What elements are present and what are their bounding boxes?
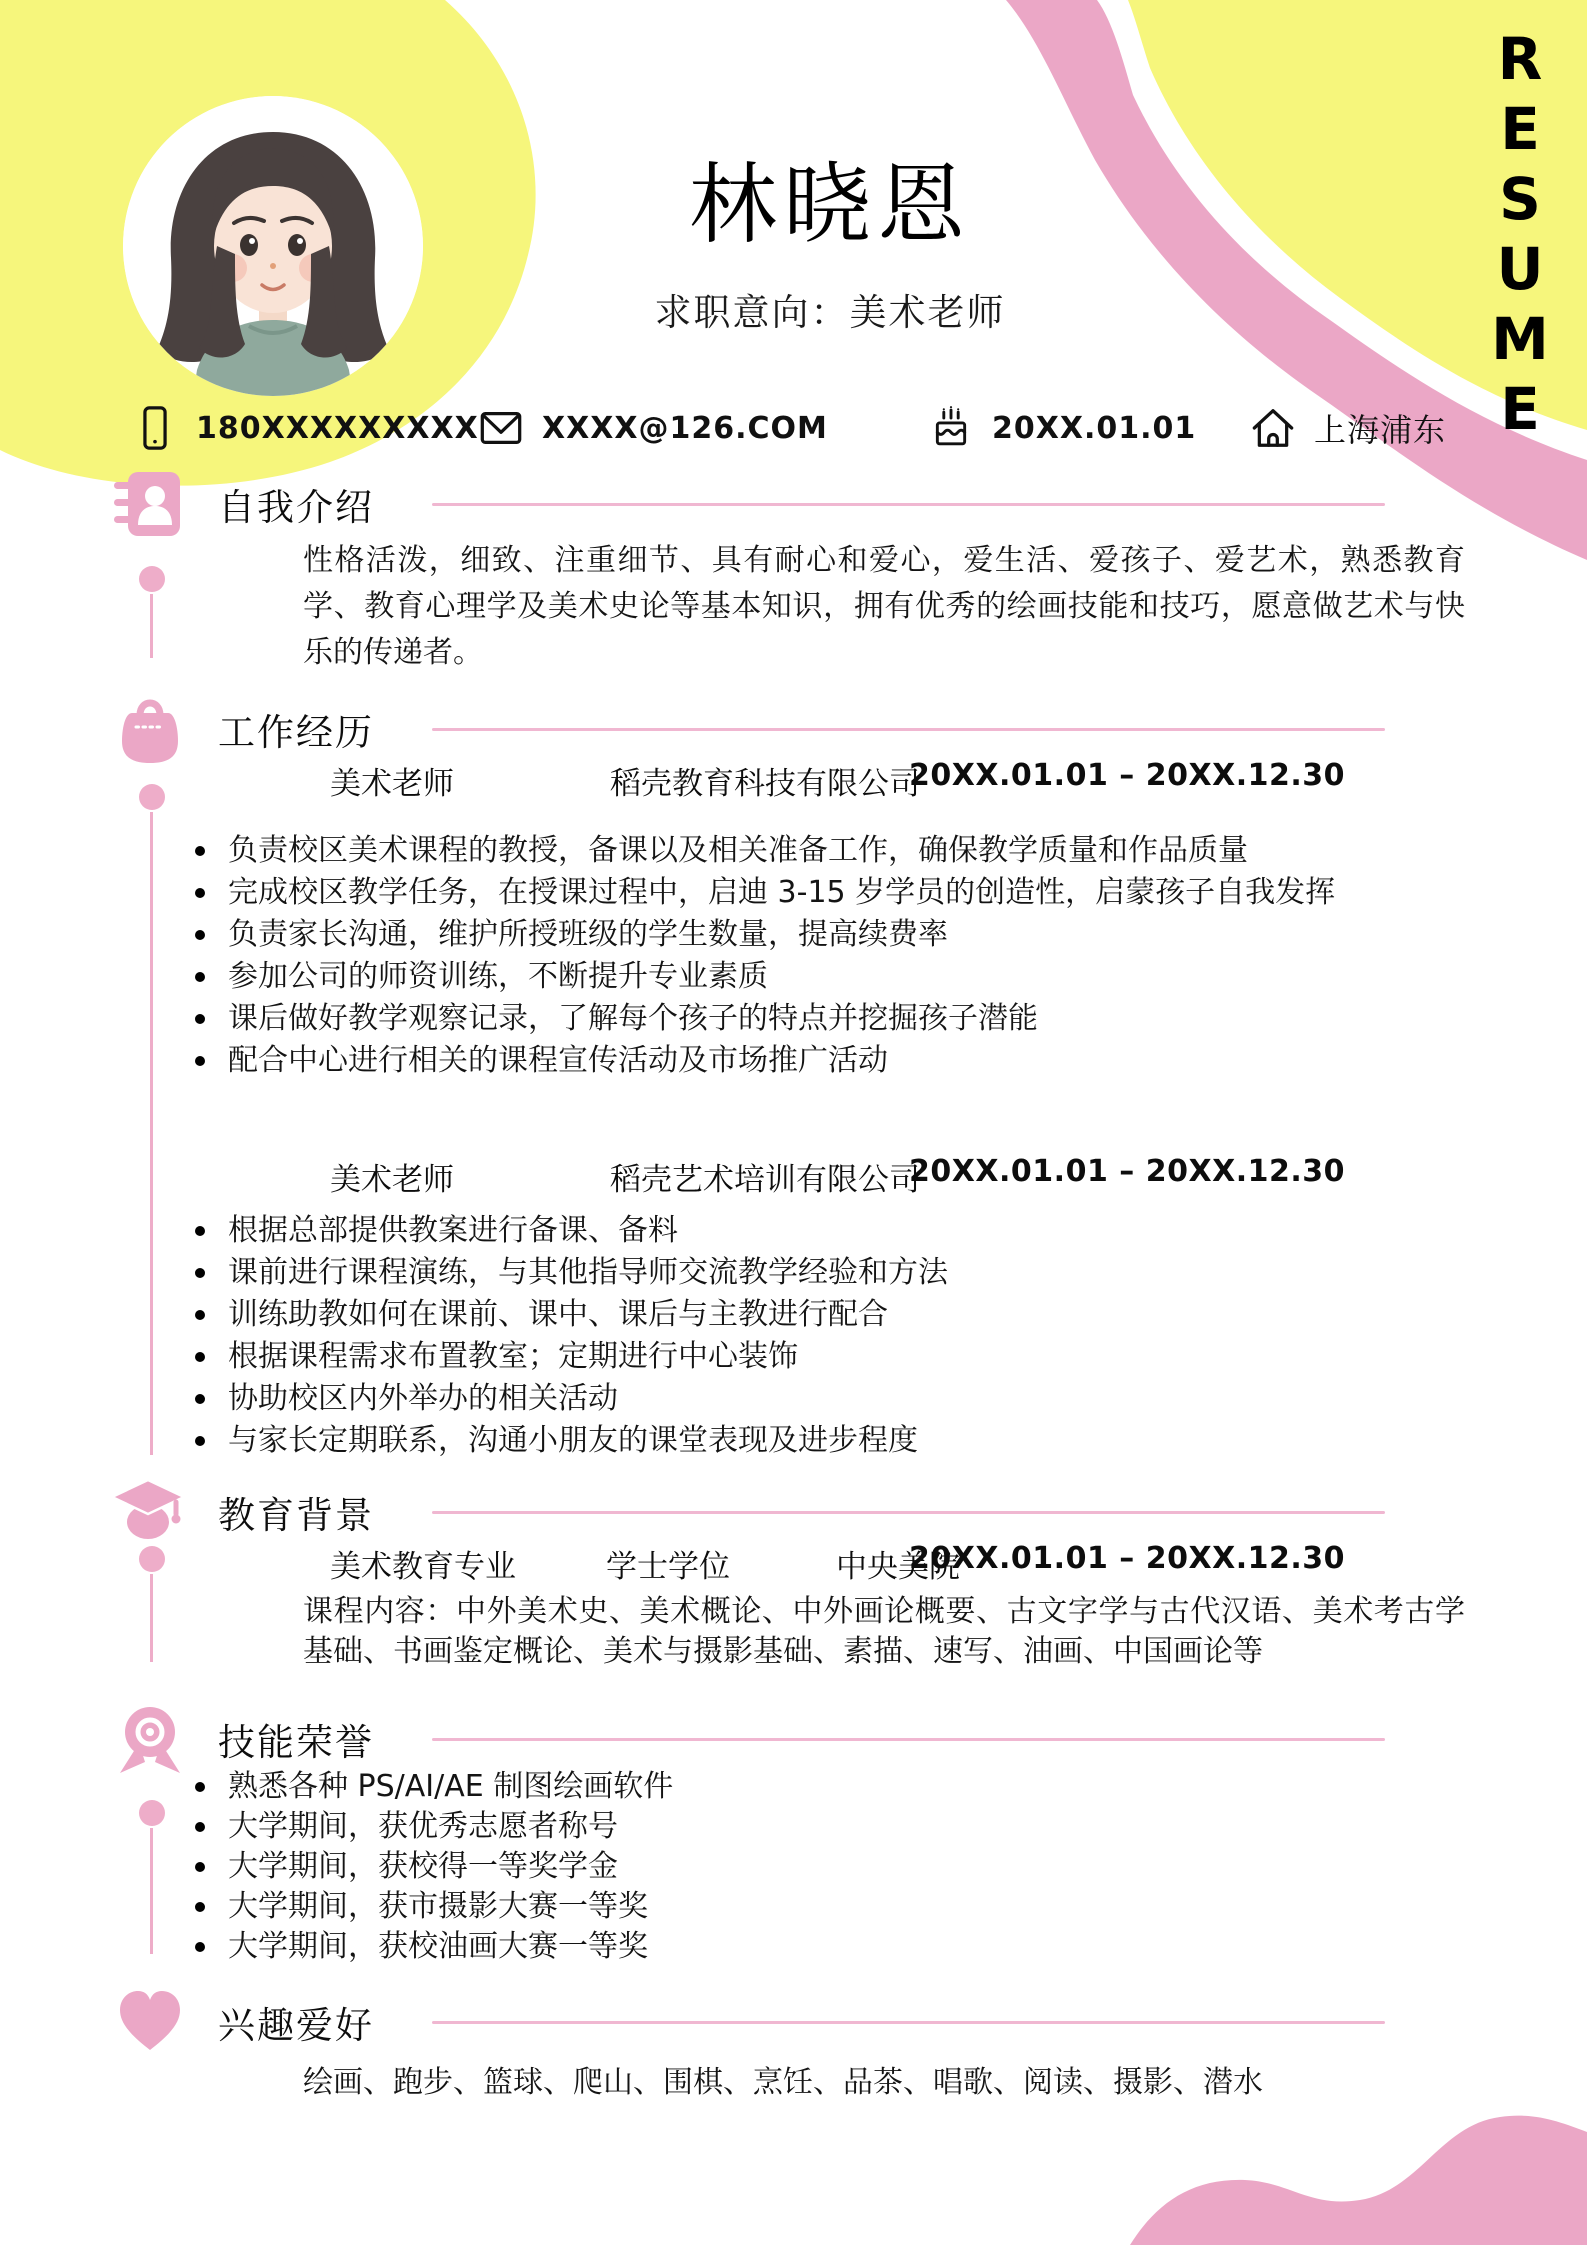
section-divider (432, 503, 1385, 506)
phone-number: 180XXXXXXXXX (196, 411, 479, 446)
section-header-hobbies: 兴趣爱好 (112, 1984, 1385, 2060)
bullet-item: 参加公司的师资训练，不断提升专业素质 (192, 958, 1464, 996)
resume-vertical-label: R E S U M E (1478, 24, 1562, 444)
job-period: 20XX.01.01 – 20XX.12.30 (909, 1154, 1345, 1189)
section-title-education: 教育背景 (218, 1485, 374, 1539)
email-address: XXXX@126.COM (542, 411, 828, 446)
bullet-item: 课后做好教学观察记录，了解每个孩子的特点并挖掘孩子潜能 (192, 1000, 1464, 1038)
resume-letter: S (1478, 164, 1562, 234)
section-header-intro: 自我介绍 (112, 466, 1385, 542)
bullet-item: 大学期间，获优秀志愿者称号 (192, 1808, 1464, 1845)
resume-letter: E (1478, 94, 1562, 164)
timeline-line (150, 594, 153, 658)
edu-major: 美术教育专业 (330, 1541, 516, 1586)
hobby-list-text: 绘画、跑步、篮球、爬山、围棋、烹饪、品茶、唱歌、阅读、摄影、潜水 (303, 2060, 1465, 2106)
job-company: 稻壳教育科技有限公司 (610, 758, 920, 803)
job-intention: 求职意向：美术老师 (430, 282, 1230, 336)
section-divider (432, 728, 1385, 731)
bullet-item: 配合中心进行相关的课程宣传活动及市场推广活动 (192, 1042, 1464, 1080)
location-value: 上海浦东 (1314, 405, 1446, 451)
section-divider (432, 2021, 1385, 2024)
timeline-dot (139, 1800, 165, 1826)
timeline-line (150, 1828, 153, 1954)
birthday-cake-icon (928, 405, 974, 451)
resume-letter: U (1478, 234, 1562, 304)
pink-blob-bottom-right (1130, 2116, 1587, 2245)
bullet-item: 大学期间，获校得一等奖学金 (192, 1848, 1464, 1885)
resume-letter: M (1478, 304, 1562, 374)
intro-paragraph: 性格活泼，细致、注重细节、具有耐心和爱心，爱生活、爱孩子、爱艺术，熟悉教育学、教… (303, 538, 1465, 676)
resume-letter: E (1478, 374, 1562, 444)
job-role: 美术老师 (330, 758, 454, 803)
section-header-education: 教育背景 (112, 1474, 1385, 1550)
edu-courses: 课程内容：中外美术史、美术概论、中外画论概要、古文字学与古代汉语、美术考古学基础… (303, 1592, 1465, 1672)
job-role: 美术老师 (330, 1154, 454, 1199)
job-row: 美术老师 稻壳艺术培训有限公司 20XX.01.01 – 20XX.12.30 (330, 1154, 1345, 1196)
graduation-cap-icon (112, 1474, 188, 1550)
job-period: 20XX.01.01 – 20XX.12.30 (909, 758, 1345, 793)
birthday-value: 20XX.01.01 (992, 411, 1196, 446)
bullet-item: 负责校区美术课程的教授，备课以及相关准备工作，确保教学质量和作品质量 (192, 832, 1464, 870)
bullet-item: 训练助教如何在课前、课中、课后与主教进行配合 (192, 1296, 1464, 1334)
candidate-name: 林晓恩 (430, 150, 1230, 260)
timeline-dot (139, 566, 165, 592)
section-title-skills: 技能荣誉 (218, 1712, 374, 1766)
address-book-icon (112, 466, 188, 542)
section-header-work: 工作经历 (112, 691, 1385, 767)
edu-degree: 学士学位 (606, 1541, 730, 1586)
bullet-item: 负责家长沟通，维护所授班级的学生数量，提高续费率 (192, 916, 1464, 954)
bullet-item: 协助校区内外举办的相关活动 (192, 1380, 1464, 1418)
timeline-dot (139, 1546, 165, 1572)
edu-period: 20XX.01.01 – 20XX.12.30 (909, 1541, 1345, 1576)
section-divider (432, 1738, 1385, 1741)
bullet-item: 课前进行课程演练，与其他指导师交流教学经验和方法 (192, 1254, 1464, 1292)
job-row: 美术老师 稻壳教育科技有限公司 20XX.01.01 – 20XX.12.30 (330, 758, 1345, 800)
contact-email: XXXX@126.COM (478, 386, 828, 470)
resume-letter: R (1478, 24, 1562, 94)
bullet-item: 熟悉各种 PS/AI/AE 制图绘画软件 (192, 1768, 1464, 1805)
contact-phone: 180XXXXXXXXX (132, 386, 479, 470)
section-header-skills: 技能荣誉 (112, 1701, 1385, 1777)
briefcase-bag-icon (112, 691, 188, 767)
job-bullet-list: 根据总部提供教案进行备课、备料课前进行课程演练，与其他指导师交流教学经验和方法训… (192, 1212, 1464, 1464)
envelope-icon (478, 405, 524, 451)
resume-page: R E S U M E (0, 0, 1587, 2245)
timeline-dot (139, 784, 165, 810)
education-row: 美术教育专业 学士学位 中央美院 20XX.01.01 – 20XX.12.30 (330, 1541, 1345, 1583)
timeline-line (150, 1574, 153, 1662)
skill-bullet-list: 熟悉各种 PS/AI/AE 制图绘画软件大学期间，获优秀志愿者称号大学期间，获校… (192, 1768, 1464, 1968)
medal-icon (112, 1701, 188, 1777)
section-title-work: 工作经历 (218, 702, 374, 756)
section-divider (432, 1511, 1385, 1514)
smartphone-icon (132, 405, 178, 451)
bullet-item: 根据总部提供教案进行备课、备料 (192, 1212, 1464, 1250)
heart-icon (112, 1984, 188, 2060)
contact-location: 上海浦东 (1250, 386, 1446, 470)
contact-birthday: 20XX.01.01 (928, 386, 1196, 470)
bullet-item: 完成校区教学任务，在授课过程中，启迪 3-15 岁学员的创造性，启蒙孩子自我发挥 (192, 874, 1464, 912)
bullet-item: 根据课程需求布置教室；定期进行中心装饰 (192, 1338, 1464, 1376)
bullet-item: 与家长定期联系，沟通小朋友的课堂表现及进步程度 (192, 1422, 1464, 1460)
job-company: 稻壳艺术培训有限公司 (610, 1154, 920, 1199)
home-icon (1250, 405, 1296, 451)
job-bullet-list: 负责校区美术课程的教授，备课以及相关准备工作，确保教学质量和作品质量完成校区教学… (192, 832, 1464, 1084)
section-title-hobbies: 兴趣爱好 (218, 1995, 374, 2049)
bullet-item: 大学期间，获校油画大赛一等奖 (192, 1928, 1464, 1965)
avatar (123, 96, 423, 396)
section-title-intro: 自我介绍 (218, 477, 374, 531)
timeline-line (150, 812, 153, 1455)
bullet-item: 大学期间，获市摄影大赛一等奖 (192, 1888, 1464, 1925)
